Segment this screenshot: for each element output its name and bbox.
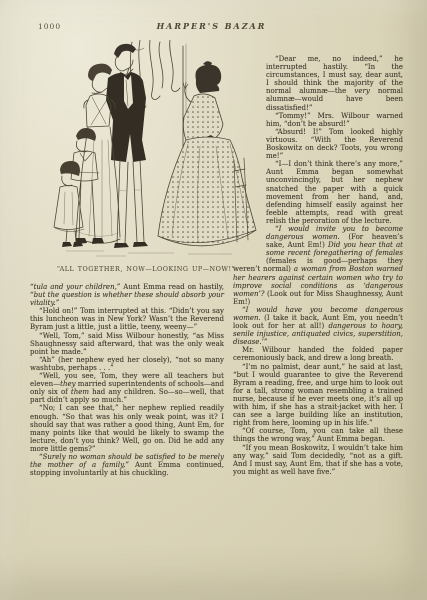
- paragraph: “Of course, Tom, you can take all these …: [233, 427, 403, 443]
- paragraph: “I’m no palmist, dear aunt,” he said at …: [233, 363, 403, 428]
- paragraph: Mr. Wilbour handed the folded paper cere…: [233, 346, 403, 362]
- family-illustration: [36, 40, 258, 262]
- magazine-page-scan: 1000 HARPER'S BAZAR: [0, 0, 427, 600]
- paragraph: “tula and your children,” Aunt Emma read…: [30, 283, 224, 307]
- paragraph: “I would have you become dangerous women…: [233, 306, 403, 346]
- paragraph: “Ah” (her nephew eyed her closely), “not…: [30, 356, 224, 372]
- masthead-title: HARPER'S BAZAR: [28, 21, 395, 31]
- left-column-text: “tula and your children,” Aunt Emma read…: [30, 283, 224, 528]
- paragraph: “Well, you see, Tom, they were all teach…: [30, 372, 224, 404]
- paragraph: “No; I can see that,” her nephew replied…: [30, 404, 224, 453]
- paragraph: “Well, Tom,” said Miss Wilbour honestly,…: [30, 332, 224, 356]
- paragraph: “Surely no woman should be satisfied to …: [30, 453, 224, 477]
- illustration-wrap-spacer: [233, 55, 266, 262]
- illustration-caption: “ALL TOGETHER, NOW—LOOKING UP—NOW!”: [30, 265, 262, 273]
- paragraph: “If you mean Boskowitz, I wouldn’t take …: [233, 444, 403, 476]
- right-column-text: “Dear me, no indeed,” he interrupted has…: [233, 55, 403, 555]
- paragraph: “Hold on!” Tom interrupted at this. “Did…: [30, 307, 224, 331]
